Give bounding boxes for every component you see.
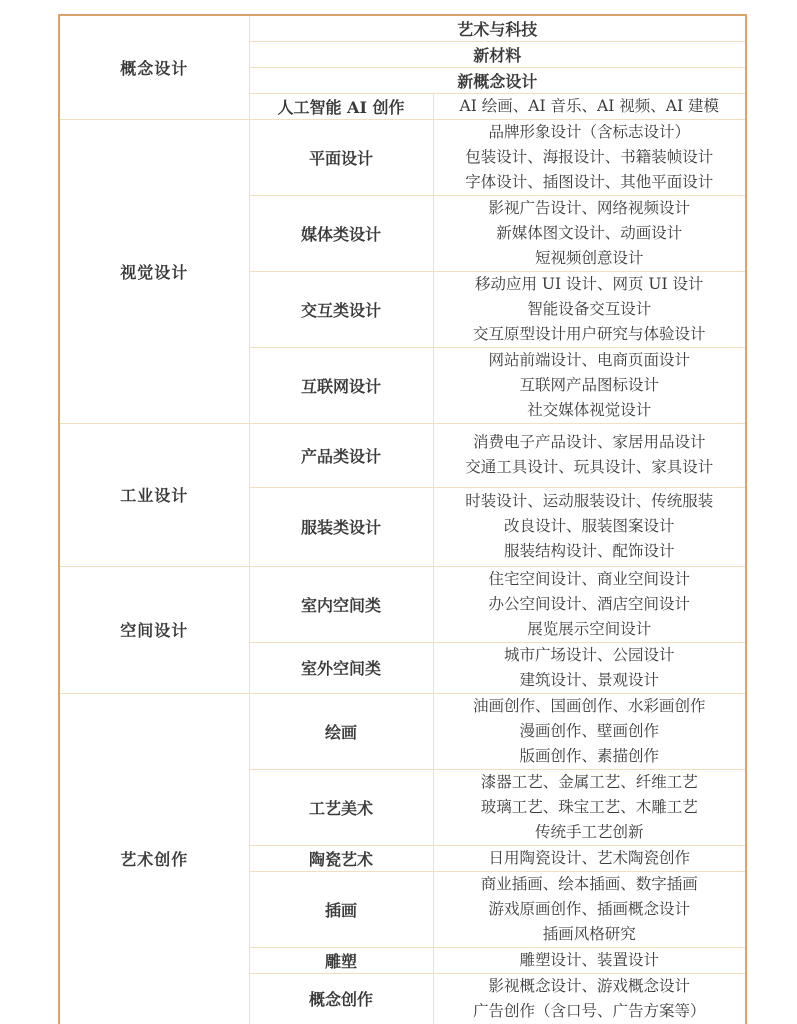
category-cell-visual-design: 视觉设计 [59,119,249,423]
subcategory-cell: 概念创作 [249,973,433,1024]
detail-line: 油画创作、国画创作、水彩画创作 [436,694,744,719]
detail-line: 游戏原画创作、插画概念设计 [436,897,744,922]
detail-line: 服装结构设计、配饰设计 [436,539,744,564]
table-row: 视觉设计 平面设计 品牌形象设计（含标志设计） 包装设计、海报设计、书籍装帧设计… [59,119,746,195]
detail-line: 消费电子产品设计、家居用品设计 [436,430,744,455]
detail-line: 办公空间设计、酒店空间设计 [436,592,744,617]
detail-line: 展览展示空间设计 [436,617,744,642]
detail-line: 交互原型设计用户研究与体验设计 [436,322,744,347]
detail-line: 漫画创作、壁画创作 [436,719,744,744]
detail-cell: 漆器工艺、金属工艺、纤维工艺 玻璃工艺、珠宝工艺、木雕工艺 传统手工艺创新 [433,769,746,845]
detail-line: 日用陶瓷设计、艺术陶瓷创作 [436,846,744,871]
detail-line: 智能设备交互设计 [436,297,744,322]
detail-line: 新媒体图文设计、动画设计 [436,221,744,246]
detail-line: 雕塑设计、装置设计 [436,948,744,973]
category-cell-concept-design: 概念设计 [59,15,249,119]
detail-cell: 网站前端设计、电商页面设计 互联网产品图标设计 社交媒体视觉设计 [433,347,746,423]
detail-line: 版画创作、素描创作 [436,744,744,769]
detail-cell: 影视概念设计、游戏概念设计 广告创作（含口号、广告方案等） [433,973,746,1024]
document-page: 概念设计 艺术与科技 新材料 新概念设计 人工智能 AI 创作 AI 绘画、AI… [0,0,797,1024]
detail-line: 改良设计、服装图案设计 [436,514,744,539]
detail-line: 品牌形象设计（含标志设计） [436,120,744,145]
subcategory-cell: 交互类设计 [249,271,433,347]
detail-line: AI 绘画、AI 音乐、AI 视频、AI 建模 [436,94,744,119]
detail-line: 字体设计、插图设计、其他平面设计 [436,170,744,195]
detail-line: 移动应用 UI 设计、网页 UI 设计 [436,272,744,297]
merged-cell: 新概念设计 [249,67,746,93]
detail-cell: 品牌形象设计（含标志设计） 包装设计、海报设计、书籍装帧设计 字体设计、插图设计… [433,119,746,195]
merged-cell: 新材料 [249,41,746,67]
detail-cell: 住宅空间设计、商业空间设计 办公空间设计、酒店空间设计 展览展示空间设计 [433,566,746,642]
detail-line: 网站前端设计、电商页面设计 [436,348,744,373]
subcategory-cell: 产品类设计 [249,423,433,487]
detail-cell: 城市广场设计、公园设计 建筑设计、景观设计 [433,642,746,693]
subcategory-cell: 工艺美术 [249,769,433,845]
detail-cell: 日用陶瓷设计、艺术陶瓷创作 [433,845,746,871]
subcategory-cell: 陶瓷艺术 [249,845,433,871]
category-cell-space-design: 空间设计 [59,566,249,693]
table-row: 空间设计 室内空间类 住宅空间设计、商业空间设计 办公空间设计、酒店空间设计 展… [59,566,746,642]
detail-cell: 商业插画、绘本插画、数字插画 游戏原画创作、插画概念设计 插画风格研究 [433,871,746,947]
design-category-table: 概念设计 艺术与科技 新材料 新概念设计 人工智能 AI 创作 AI 绘画、AI… [58,14,747,1024]
detail-line: 互联网产品图标设计 [436,373,744,398]
subcategory-cell: 插画 [249,871,433,947]
merged-cell: 艺术与科技 [249,15,746,41]
category-cell-art-creation: 艺术创作 [59,693,249,1024]
detail-line: 住宅空间设计、商业空间设计 [436,567,744,592]
detail-line: 传统手工艺创新 [436,820,744,845]
detail-line: 城市广场设计、公园设计 [436,643,744,668]
subcategory-cell: 室外空间类 [249,642,433,693]
detail-cell: 消费电子产品设计、家居用品设计 交通工具设计、玩具设计、家具设计 [433,423,746,487]
subcategory-cell: 室内空间类 [249,566,433,642]
table-row: 艺术创作 绘画 油画创作、国画创作、水彩画创作 漫画创作、壁画创作 版画创作、素… [59,693,746,769]
category-cell-industrial-design: 工业设计 [59,423,249,566]
detail-cell: 油画创作、国画创作、水彩画创作 漫画创作、壁画创作 版画创作、素描创作 [433,693,746,769]
subcategory-cell: 服装类设计 [249,487,433,566]
subcategory-cell: 媒体类设计 [249,195,433,271]
subcategory-cell: 平面设计 [249,119,433,195]
detail-line: 建筑设计、景观设计 [436,668,744,693]
detail-cell: 时装设计、运动服装设计、传统服装 改良设计、服装图案设计 服装结构设计、配饰设计 [433,487,746,566]
detail-line: 包装设计、海报设计、书籍装帧设计 [436,145,744,170]
subcategory-cell: 绘画 [249,693,433,769]
detail-line: 玻璃工艺、珠宝工艺、木雕工艺 [436,795,744,820]
table-row: 概念设计 艺术与科技 [59,15,746,41]
detail-line: 时装设计、运动服装设计、传统服装 [436,489,744,514]
detail-cell: 移动应用 UI 设计、网页 UI 设计 智能设备交互设计 交互原型设计用户研究与… [433,271,746,347]
subcategory-cell: 人工智能 AI 创作 [249,93,433,119]
subcategory-cell: 互联网设计 [249,347,433,423]
detail-line: 广告创作（含口号、广告方案等） [436,999,744,1024]
detail-line: 影视广告设计、网络视频设计 [436,196,744,221]
detail-cell: 雕塑设计、装置设计 [433,947,746,973]
detail-line: 影视概念设计、游戏概念设计 [436,974,744,999]
detail-line: 短视频创意设计 [436,246,744,271]
detail-cell: AI 绘画、AI 音乐、AI 视频、AI 建模 [433,93,746,119]
detail-line: 商业插画、绘本插画、数字插画 [436,872,744,897]
detail-line: 社交媒体视觉设计 [436,398,744,423]
table-row: 工业设计 产品类设计 消费电子产品设计、家居用品设计 交通工具设计、玩具设计、家… [59,423,746,487]
detail-line: 交通工具设计、玩具设计、家具设计 [436,455,744,480]
subcategory-cell: 雕塑 [249,947,433,973]
detail-line: 漆器工艺、金属工艺、纤维工艺 [436,770,744,795]
detail-cell: 影视广告设计、网络视频设计 新媒体图文设计、动画设计 短视频创意设计 [433,195,746,271]
detail-line: 插画风格研究 [436,922,744,947]
